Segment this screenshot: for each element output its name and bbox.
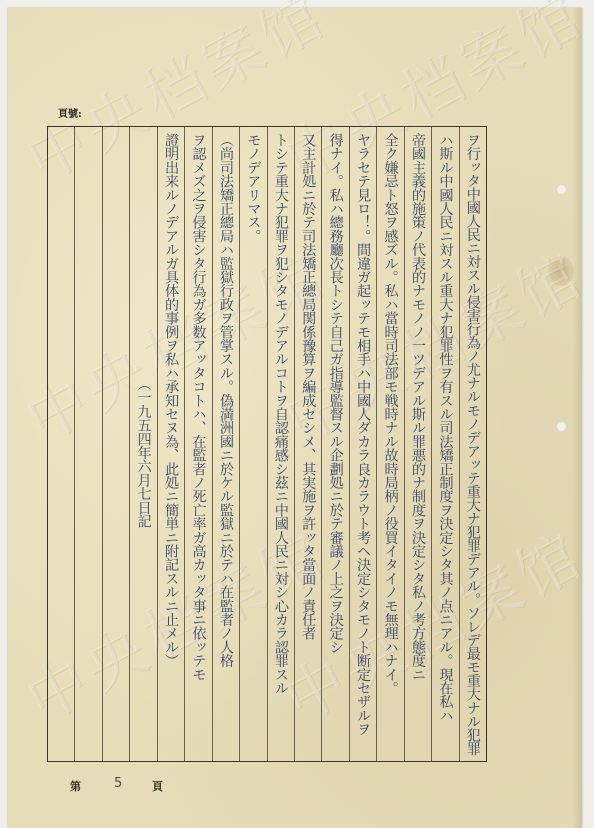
manuscript-column bbox=[74, 127, 101, 761]
manuscript-column bbox=[102, 127, 129, 761]
header-label: 頁號: bbox=[58, 105, 82, 120]
paper-edge-shadow bbox=[572, 8, 582, 828]
column-text: モノデアリマス。 bbox=[246, 133, 260, 243]
manuscript-column: 又主計処ニ於テ司法矯正總局関係豫算ヲ編成セシメ、其実施ヲ許ッタ當面ノ責任者 bbox=[294, 127, 321, 761]
page-suffix: 頁 bbox=[152, 778, 163, 794]
punch-hole-bottom bbox=[556, 421, 567, 432]
date-note: （一九五四年六月七日記 bbox=[136, 377, 150, 528]
manuscript-column: ハ斯ル中國人民ニ対スル重大ナ犯罪性ヲ有スル司法矯正制度ヲ決定シタ其ノ点ニアル。現… bbox=[431, 127, 458, 761]
manuscript-column: モノデアリマス。 bbox=[239, 127, 266, 761]
manuscript-column: 得ナイ。私ハ總務廳次長トシテ自己ガ指導監督スル企劃処ニ於テ審議ノ上之ヲ決定シ bbox=[321, 127, 348, 761]
page-number: 5 bbox=[114, 776, 122, 791]
column-text: 帝國主義的施策ノ代表的ナモノノ一ツデアル斯ル罪悪的ナ制度ヲ決定シタ私ノ考方態度ニ bbox=[411, 133, 425, 681]
column-text: ヲ認メズ之ヲ侵害シタ行為ガ多数アッタコトハ、在監者ノ死亡率ガ高カッタ事ニ依ッテモ bbox=[191, 133, 205, 681]
column-text: 證明出来ルノデアルガ具体的事例ヲ私ハ承知セヌ為、此処ニ簡単ニ附記スルニ止メル） bbox=[164, 133, 178, 667]
manuscript-column: ヲ行ッタ中國人民ニ対スル侵害行為ノ尤ナルモノデアッテ重大ナ犯罪デアル。ソレデ最モ… bbox=[459, 127, 486, 761]
manuscript-column bbox=[48, 127, 74, 761]
stain-mark bbox=[548, 256, 574, 286]
page-prefix: 第 bbox=[70, 778, 81, 794]
column-text: ハ斯ル中國人民ニ対スル重大ナ犯罪性ヲ有スル司法矯正制度ヲ決定シタ其ノ点ニアル。現… bbox=[438, 133, 452, 722]
manuscript-column: ヲ認メズ之ヲ侵害シタ行為ガ多数アッタコトハ、在監者ノ死亡率ガ高カッタ事ニ依ッテモ bbox=[184, 127, 211, 761]
punch-hole-top bbox=[556, 184, 567, 195]
manuscript-column: （尚司法矯正總局ハ監獄行政ヲ管掌スル。偽満洲國ニ於ケル監獄ニ於テハ在監者ノ人格 bbox=[212, 127, 239, 761]
manuscript-column: トシテ重大ナ犯罪ヲ犯シタモノデアルコトヲ自認痛感シ茲ニ中國人民ニ対シ心カラ認罪ス… bbox=[267, 127, 294, 761]
manuscript-column: ヤラセテ見ロ！。間違ガ起ッテモ相手ハ中國人ダカラ良カラウト考ヘ決定シタモノト断定… bbox=[349, 127, 376, 761]
manuscript-grid: ヲ行ッタ中國人民ニ対スル侵害行為ノ尤ナルモノデアッテ重大ナ犯罪デアル。ソレデ最モ… bbox=[47, 126, 487, 762]
column-text: 得ナイ。私ハ總務廳次長トシテ自己ガ指導監督スル企劃処ニ於テ審議ノ上之ヲ決定シ bbox=[328, 133, 342, 654]
column-text: ヲ行ッタ中國人民ニ対スル侵害行為ノ尤ナルモノデアッテ重大ナ犯罪デアル。ソレデ最モ… bbox=[466, 133, 480, 755]
manuscript-column: 帝國主義的施策ノ代表的ナモノノ一ツデアル斯ル罪悪的ナ制度ヲ決定シタ私ノ考方態度ニ bbox=[404, 127, 431, 761]
column-text: 又主計処ニ於テ司法矯正總局関係豫算ヲ編成セシメ、其実施ヲ許ッタ當面ノ責任者 bbox=[301, 133, 315, 640]
manuscript-column: 證明出来ルノデアルガ具体的事例ヲ私ハ承知セヌ為、此処ニ簡単ニ附記スルニ止メル） bbox=[157, 127, 184, 761]
column-text: 全ク嫌忌ト怒ヲ感ズル。私ハ當時司法部モ戦時ナル故時局柄ノ役買イタイノモ無理ハナイ… bbox=[383, 133, 397, 695]
column-text: トシテ重大ナ犯罪ヲ犯シタモノデアルコトヲ自認痛感シ茲ニ中國人民ニ対シ心カラ認罪ス… bbox=[274, 133, 288, 695]
manuscript-column: （一九五四年六月七日記 bbox=[129, 127, 156, 761]
manuscript-column: 全ク嫌忌ト怒ヲ感ズル。私ハ當時司法部モ戦時ナル故時局柄ノ役買イタイノモ無理ハナイ… bbox=[376, 127, 403, 761]
column-text: ヤラセテ見ロ！。間違ガ起ッテモ相手ハ中國人ダカラ良カラウト考ヘ決定シタモノト断定… bbox=[356, 133, 370, 736]
column-text: （尚司法矯正總局ハ監獄行政ヲ管掌スル。偽満洲國ニ於ケル監獄ニ於テハ在監者ノ人格 bbox=[219, 133, 233, 667]
